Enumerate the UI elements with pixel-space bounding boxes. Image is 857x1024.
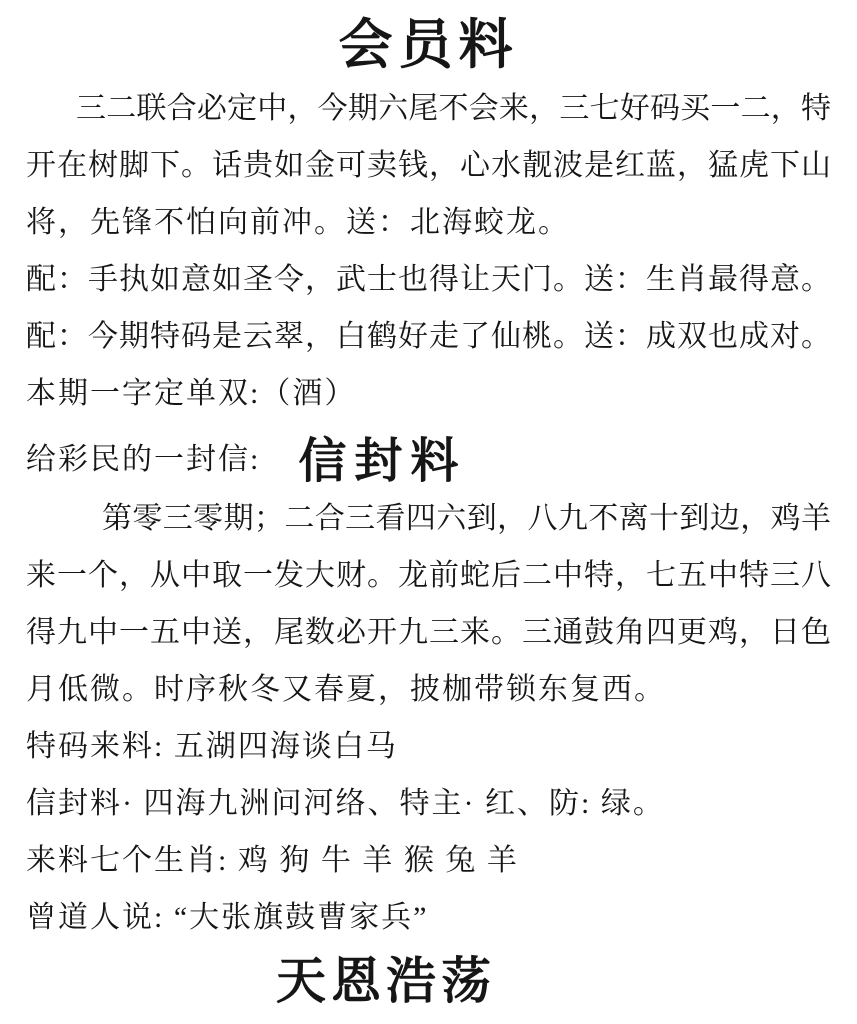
single-double-line: 本期一字定单双:（酒）	[26, 365, 831, 422]
envelope-section-title: 信封料	[298, 422, 466, 491]
envelope-paragraph-line-2: 来一个，从中取一发大财。龙前蛇后二中特，七五中特三八并，	[26, 547, 831, 604]
member-paragraph-line-1: 三二联合必定中，今期六尾不会来，三七好码买一二，特码	[26, 80, 831, 137]
envelope-paragraph-line-4: 月低微。时序秋冬又春夏，披枷带锁东复西。	[26, 661, 831, 718]
letter-to-players-label: 给彩民的一封信:	[26, 434, 260, 478]
document-page: 会员料 三二联合必定中，今期六尾不会来，三七好码买一二，特码 开在树脚下。话贵如…	[0, 0, 857, 1024]
master-quote-line: 曾道人说: “大张旗鼓曹家兵”	[26, 889, 831, 946]
envelope-paragraph-line-3: 得九中一五中送，尾数必开九三来。三通鼓角四更鸡，日色高升	[26, 604, 831, 661]
pei-line-1: 配：手执如意如圣令，武士也得让天门。送：生肖最得意。	[26, 251, 831, 308]
footer-title: 天恩浩荡	[26, 946, 831, 1016]
zodiac-line: 来料七个生肖: 鸡 狗 牛 羊 猴 兔 羊	[26, 832, 831, 889]
special-code-line: 特码来料: 五湖四海谈白马	[26, 718, 831, 775]
envelope-heading-row: 给彩民的一封信: 信封料	[26, 422, 831, 490]
member-paragraph-line-2: 开在树脚下。话贵如金可卖钱，心水靓波是红蓝，猛虎下山如大	[26, 137, 831, 194]
member-section-title: 会员料	[26, 10, 831, 80]
member-paragraph-line-3: 将，先锋不怕向前冲。送：北海蛟龙。	[26, 194, 831, 251]
envelope-tip-line: 信封料· 四海九洲问河络、特主· 红、防: 绿。	[26, 775, 831, 832]
pei-line-2: 配：今期特码是云翠，白鹤好走了仙桃。送：成双也成对。	[26, 308, 831, 365]
envelope-paragraph-line-1: 第零三零期；二合三看四六到，八九不离十到边，鸡羊牛马	[26, 490, 831, 547]
